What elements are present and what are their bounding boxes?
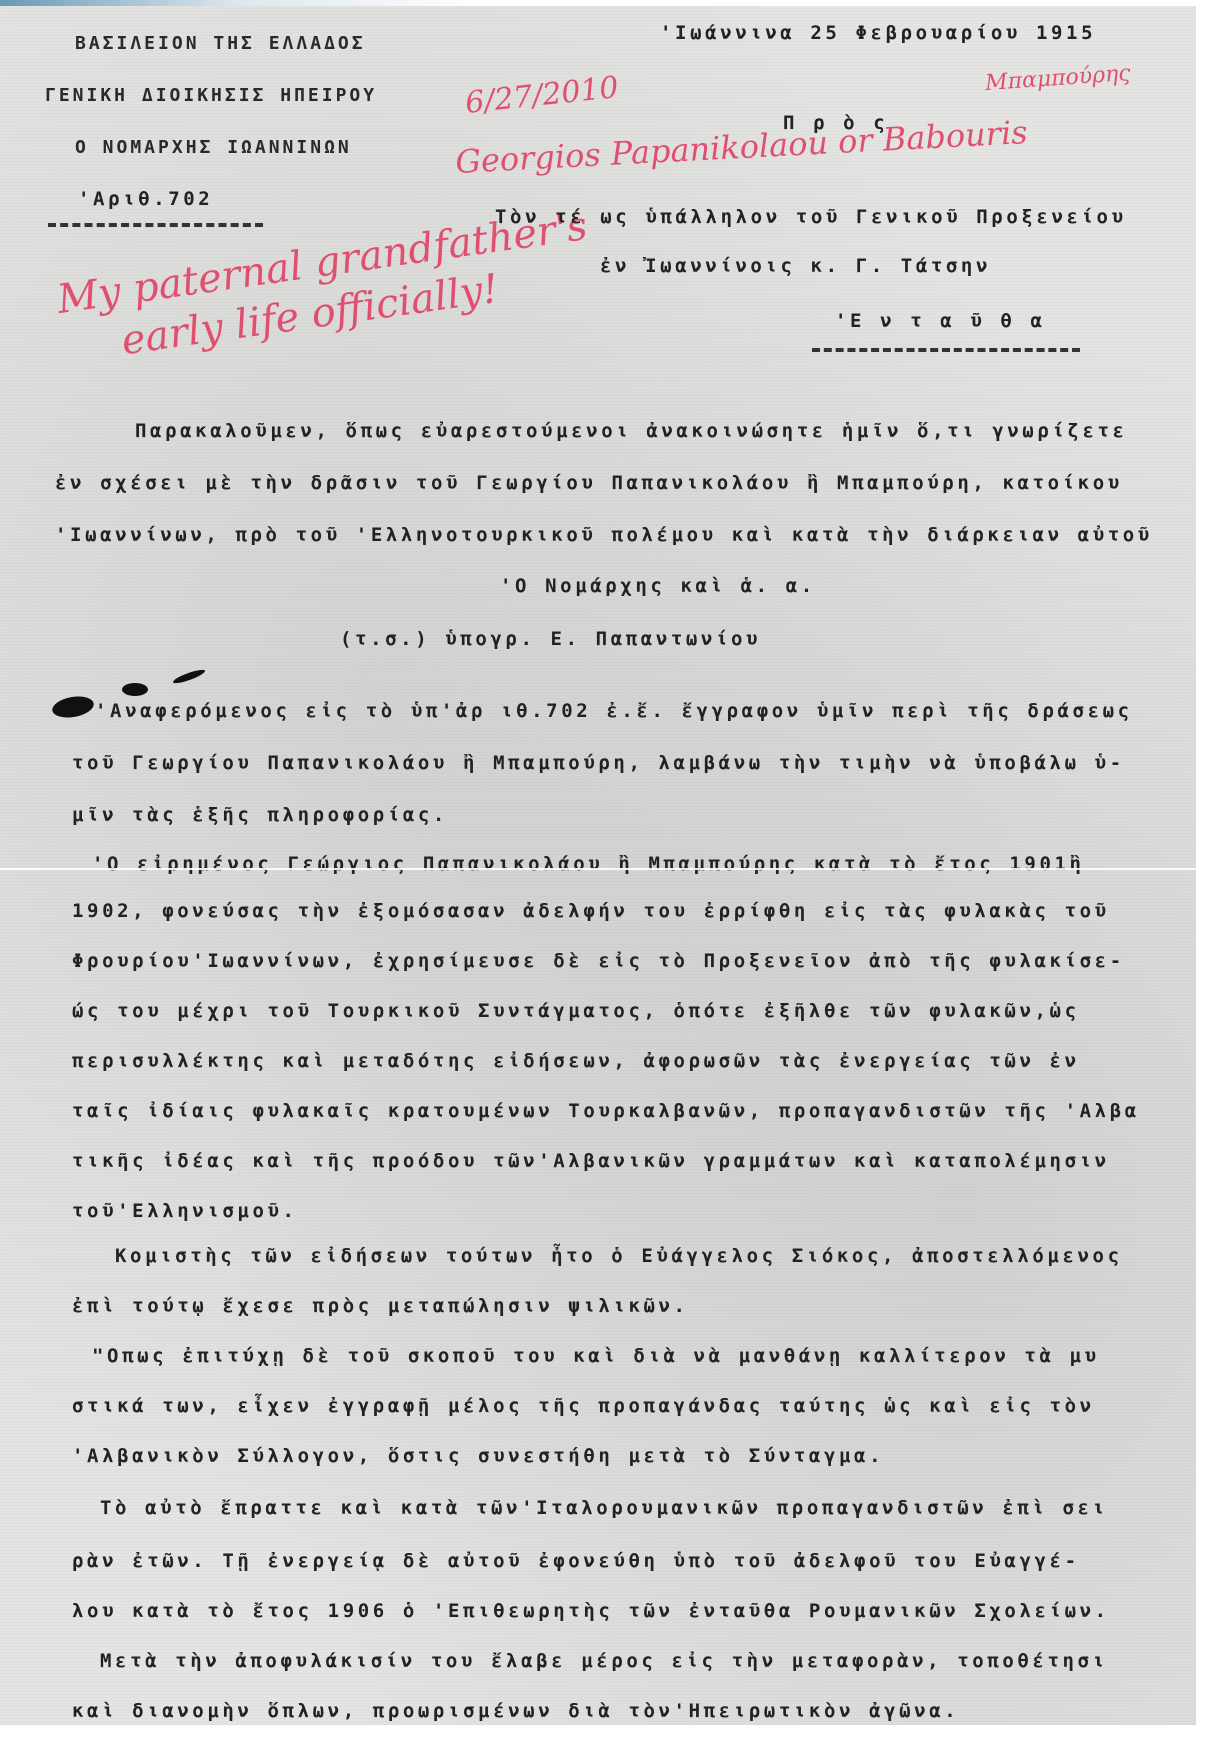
reply-line-20: Μετὰ τὴν ἀποφυλάκισίν του ἔλαβε μέρος εἰ… (100, 1650, 1108, 1672)
reply-line-12: Κομιστὴς τῶν εἰδήσεων τούτων ἦτο ὁ Εὐάγγ… (115, 1245, 1123, 1267)
request-line-2: ἐν σχέσει μὲ τὴν δρᾶσιν τοῦ Γεωργίου Παπ… (55, 472, 1123, 494)
recipient-line-2: ἐν Ἰωαννίνοις κ. Γ. Τάτσην (600, 255, 991, 277)
signature-line-2: (τ.σ.) ὑπογρ. Ε. Παπαντωνίου (340, 628, 761, 650)
paper-fold (0, 868, 1196, 870)
recipient-line-1: Τὸν τέ ως ὑπάλληλον τοῦ Γενικοῦ Προξενεί… (495, 206, 1127, 228)
scanned-letter-page: ΒΑΣΙΛΕΙΟΝ ΤΗΣ ΕΛΛΑΔΟΣ ΓΕΝΙΚΗ ΔΙΟΙΚΗΣΙΣ Η… (0, 0, 1196, 1725)
request-line-1: Παρακαλοῦμεν, ὅπως εὐαρεστούμενοι ἀνακοι… (135, 420, 1128, 442)
place-underline (812, 348, 1080, 352)
signature-line-1: 'Ο Νομάρχης καὶ ἁ. α. (500, 575, 816, 597)
reply-line-2: τοῦ Γεωργίου Παπανικολάου ἢ Μπαμπούρη, λ… (72, 752, 1125, 774)
reply-line-10: τικῆς ἰδέας καὶ τῆς προόδου τῶν'Αλβανικῶ… (72, 1150, 1110, 1172)
reply-line-21: καὶ διανομὴν ὅπλων, προωρισμένων διὰ τὸν… (72, 1700, 959, 1722)
reference-number: 'Αριθ.702 (78, 188, 213, 210)
letterhead-kingdom: ΒΑΣΙΛΕΙΟΝ ΤΗΣ ΕΛΛΑΔΟΣ (75, 33, 366, 54)
reply-line-16: 'Αλβανικὸν Σύλλογον, ὅστις συνεστήθη μετ… (72, 1445, 884, 1467)
reply-line-17: Τὸ αὐτὸ ἔπραττε καὶ κατὰ τῶν'Ιταλορουμαν… (100, 1497, 1108, 1519)
reply-line-1: 'Αναφερόμενος εἰς τὸ ὑπ'ἀρ ιθ.702 ἐ.ἔ. ἔ… (95, 700, 1133, 722)
reply-line-4: 'Ο εἰρημένος Γεώργιος Παπανικολάου ἢ Μπα… (92, 853, 1085, 875)
reply-line-18: ρὰν ἐτῶν. Τῇ ἐνεργείᾳ δὲ αὐτοῦ ἐφονεύθη … (72, 1550, 1080, 1572)
reply-line-8: περισυλλέκτης καὶ μεταδότης εἰδήσεων, ἀφ… (72, 1050, 1080, 1072)
ink-blot (122, 683, 148, 696)
reply-line-19: λου κατὰ τὸ ἔτος 1906 ὁ 'Επιθεωρητὴς τῶν… (72, 1600, 1110, 1622)
recipient-pros: Π ρ ὸ ς (783, 112, 888, 134)
reply-line-6: Φρουρίου'Ιωαννίνων, ἐχρησίμευσε δὲ εἰς τ… (72, 950, 1125, 972)
reply-line-13: ἐπὶ τούτῳ ἔχεσε πρὸς μεταπώλησιν ψιλικῶν… (72, 1295, 689, 1317)
request-line-3: 'Ιωαννίνων, πρὸ τοῦ 'Ελληνοτουρκικοῦ πολ… (55, 524, 1153, 546)
reply-line-3: μῖν τὰς ἑξῆς πληροφορίας. (72, 804, 448, 826)
handwritten-date: 6/27/2010 (464, 70, 621, 121)
letterhead-prefect: Ο ΝΟΜΑΡΧΗΣ ΙΩΑΝΝΙΝΩΝ (75, 137, 352, 158)
reply-line-15: στικά των, εἶχεν ἐγγραφῇ μέλος τῆς προπα… (72, 1395, 1095, 1417)
recipient-place: 'Ε ν τ α ῦ θ α (835, 310, 1046, 332)
reply-line-14: "Οπως ἐπιτύχῃ δὲ τοῦ σκοποῦ του καὶ διὰ … (92, 1345, 1100, 1367)
date-line: 'Ιωάννινα 25 Φεβρουαρίου 1915 (660, 22, 1096, 44)
letterhead-administration: ΓΕΝΙΚΗ ΔΙΟΙΚΗΣΙΣ ΗΠΕΙΡΟΥ (45, 85, 377, 106)
ref-underline (48, 223, 263, 227)
ink-blot (172, 667, 206, 685)
reply-line-9: ταῖς ἰδίαις φυλακαῖς κρατουμένων Τουρκαλ… (72, 1100, 1140, 1122)
scan-edge (0, 0, 1210, 6)
ink-blot (51, 694, 96, 721)
reply-line-11: τοῦ'Ελληνισμοῦ. (72, 1200, 298, 1222)
handwritten-name: Georgios Papanikolaou or Babouris (454, 113, 1028, 181)
reply-line-5: 1902, φονεύσας τὴν ἐξομόσασαν ἀδελφήν το… (72, 900, 1110, 922)
handwritten-greek-note: Μπαμπούρης (984, 61, 1131, 96)
reply-line-7: ώς του μέχρι τοῦ Τουρκικοῦ Συντάγματος, … (72, 1000, 1080, 1022)
